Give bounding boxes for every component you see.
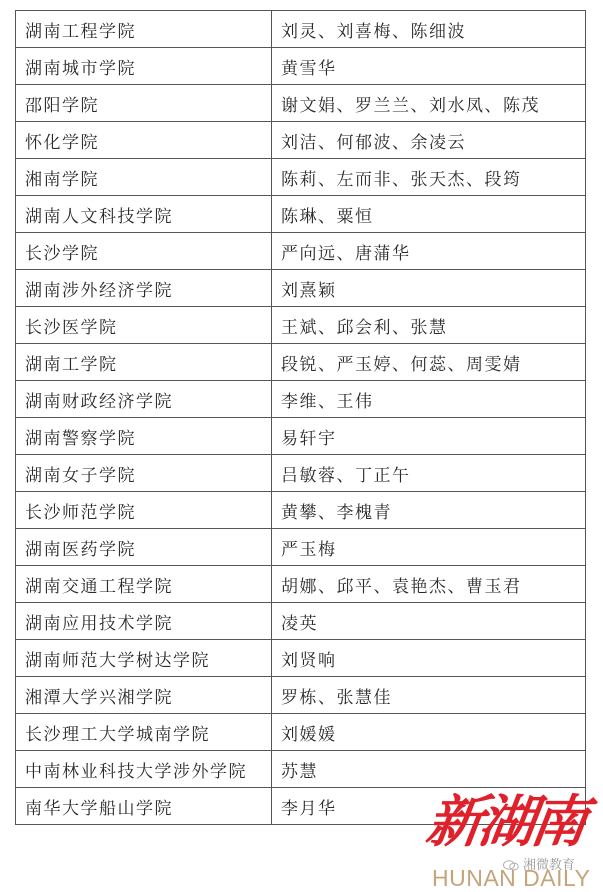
table-row: 湖南医药学院 严玉梅 (16, 529, 586, 566)
school-name-cell: 湖南人文科技学院 (16, 196, 272, 233)
table-row: 中南林业科技大学涉外学院 苏慧 (16, 751, 586, 788)
awardee-names-cell: 段锐、严玉婷、何蕊、周雯婧 (272, 344, 586, 381)
awardee-names-cell: 罗栋、张慧佳 (272, 677, 586, 714)
awardee-names-cell: 刘熹颖 (272, 270, 586, 307)
wechat-account-label: 湘微教育 (503, 854, 575, 873)
school-name-cell: 长沙师范学院 (16, 492, 272, 529)
school-name-cell: 湖南医药学院 (16, 529, 272, 566)
table-row: 长沙师范学院 黄攀、李槐青 (16, 492, 586, 529)
awardee-names-cell: 严向远、唐蒲华 (272, 233, 586, 270)
wechat-account-name: 湘微教育 (523, 858, 575, 873)
table-row: 南华大学船山学院 李月华 (16, 788, 586, 825)
table-row: 湖南工学院 段锐、严玉婷、何蕊、周雯婧 (16, 344, 586, 381)
awardee-names-cell: 刘洁、何郁波、余凌云 (272, 122, 586, 159)
school-name-cell: 湖南警察学院 (16, 418, 272, 455)
school-name-cell: 湘南学院 (16, 159, 272, 196)
awardee-names-cell: 刘媛媛 (272, 714, 586, 751)
table-row: 长沙学院 严向远、唐蒲华 (16, 233, 586, 270)
awardee-names-cell: 吕敏蓉、丁正午 (272, 455, 586, 492)
table-row: 湘潭大学兴湘学院 罗栋、张慧佳 (16, 677, 586, 714)
awardee-names-cell: 凌英 (272, 603, 586, 640)
awardee-names-cell: 陈琳、粟恒 (272, 196, 586, 233)
school-name-cell: 湖南师范大学树达学院 (16, 640, 272, 677)
school-name-cell: 怀化学院 (16, 122, 272, 159)
awardee-names-cell: 易轩宇 (272, 418, 586, 455)
table-row: 怀化学院 刘洁、何郁波、余凌云 (16, 122, 586, 159)
awardee-names-cell: 李维、王伟 (272, 381, 586, 418)
awardee-names-cell: 刘灵、刘喜梅、陈细波 (272, 11, 586, 48)
table-row: 邵阳学院 谢文娟、罗兰兰、刘水凤、陈茂 (16, 85, 586, 122)
table-row: 湖南财政经济学院 李维、王伟 (16, 381, 586, 418)
school-name-cell: 湖南财政经济学院 (16, 381, 272, 418)
table-row: 湖南师范大学树达学院 刘贤响 (16, 640, 586, 677)
school-name-cell: 长沙学院 (16, 233, 272, 270)
school-name-cell: 南华大学船山学院 (16, 788, 272, 825)
school-name-cell: 湘潭大学兴湘学院 (16, 677, 272, 714)
awardee-names-cell: 黄攀、李槐青 (272, 492, 586, 529)
awardee-names-cell: 苏慧 (272, 751, 586, 788)
table-row: 湖南警察学院 易轩宇 (16, 418, 586, 455)
school-name-cell: 长沙理工大学城南学院 (16, 714, 272, 751)
school-name-cell: 湖南交通工程学院 (16, 566, 272, 603)
awardee-names-cell: 谢文娟、罗兰兰、刘水凤、陈茂 (272, 85, 586, 122)
table-row: 湖南交通工程学院 胡娜、邱平、袁艳杰、曹玉君 (16, 566, 586, 603)
logo-english-text: HUNAN DAILY (432, 866, 590, 890)
school-name-cell: 湖南城市学院 (16, 48, 272, 85)
table-body: 湖南工程学院 刘灵、刘喜梅、陈细波 湖南城市学院 黄雪华 邵阳学院 谢文娟、罗兰… (16, 11, 586, 825)
school-name-cell: 湖南应用技术学院 (16, 603, 272, 640)
awardee-names-cell: 严玉梅 (272, 529, 586, 566)
table-row: 湖南工程学院 刘灵、刘喜梅、陈细波 (16, 11, 586, 48)
table-row: 湖南女子学院 吕敏蓉、丁正午 (16, 455, 586, 492)
table-row: 湘南学院 陈莉、左而非、张天杰、段筠 (16, 159, 586, 196)
table-row: 湖南城市学院 黄雪华 (16, 48, 586, 85)
school-name-cell: 邵阳学院 (16, 85, 272, 122)
awardee-names-cell: 王斌、邱会利、张慧 (272, 307, 586, 344)
school-name-cell: 湖南涉外经济学院 (16, 270, 272, 307)
table-row: 长沙理工大学城南学院 刘媛媛 (16, 714, 586, 751)
awardee-names-cell: 陈莉、左而非、张天杰、段筠 (272, 159, 586, 196)
school-name-cell: 湖南工学院 (16, 344, 272, 381)
school-name-cell: 中南林业科技大学涉外学院 (16, 751, 272, 788)
table-row: 湖南涉外经济学院 刘熹颖 (16, 270, 586, 307)
table-row: 湖南应用技术学院 凌英 (16, 603, 586, 640)
awardee-names-cell: 黄雪华 (272, 48, 586, 85)
table-row: 湖南人文科技学院 陈琳、粟恒 (16, 196, 586, 233)
school-name-cell: 湖南女子学院 (16, 455, 272, 492)
awardee-names-cell: 刘贤响 (272, 640, 586, 677)
table-row: 长沙医学院 王斌、邱会利、张慧 (16, 307, 586, 344)
awardee-names-cell: 胡娜、邱平、袁艳杰、曹玉君 (272, 566, 586, 603)
award-table: 湖南工程学院 刘灵、刘喜梅、陈细波 湖南城市学院 黄雪华 邵阳学院 谢文娟、罗兰… (15, 10, 586, 825)
awardee-names-cell: 李月华 (272, 788, 586, 825)
wechat-icon (503, 860, 519, 871)
school-name-cell: 长沙医学院 (16, 307, 272, 344)
school-name-cell: 湖南工程学院 (16, 11, 272, 48)
